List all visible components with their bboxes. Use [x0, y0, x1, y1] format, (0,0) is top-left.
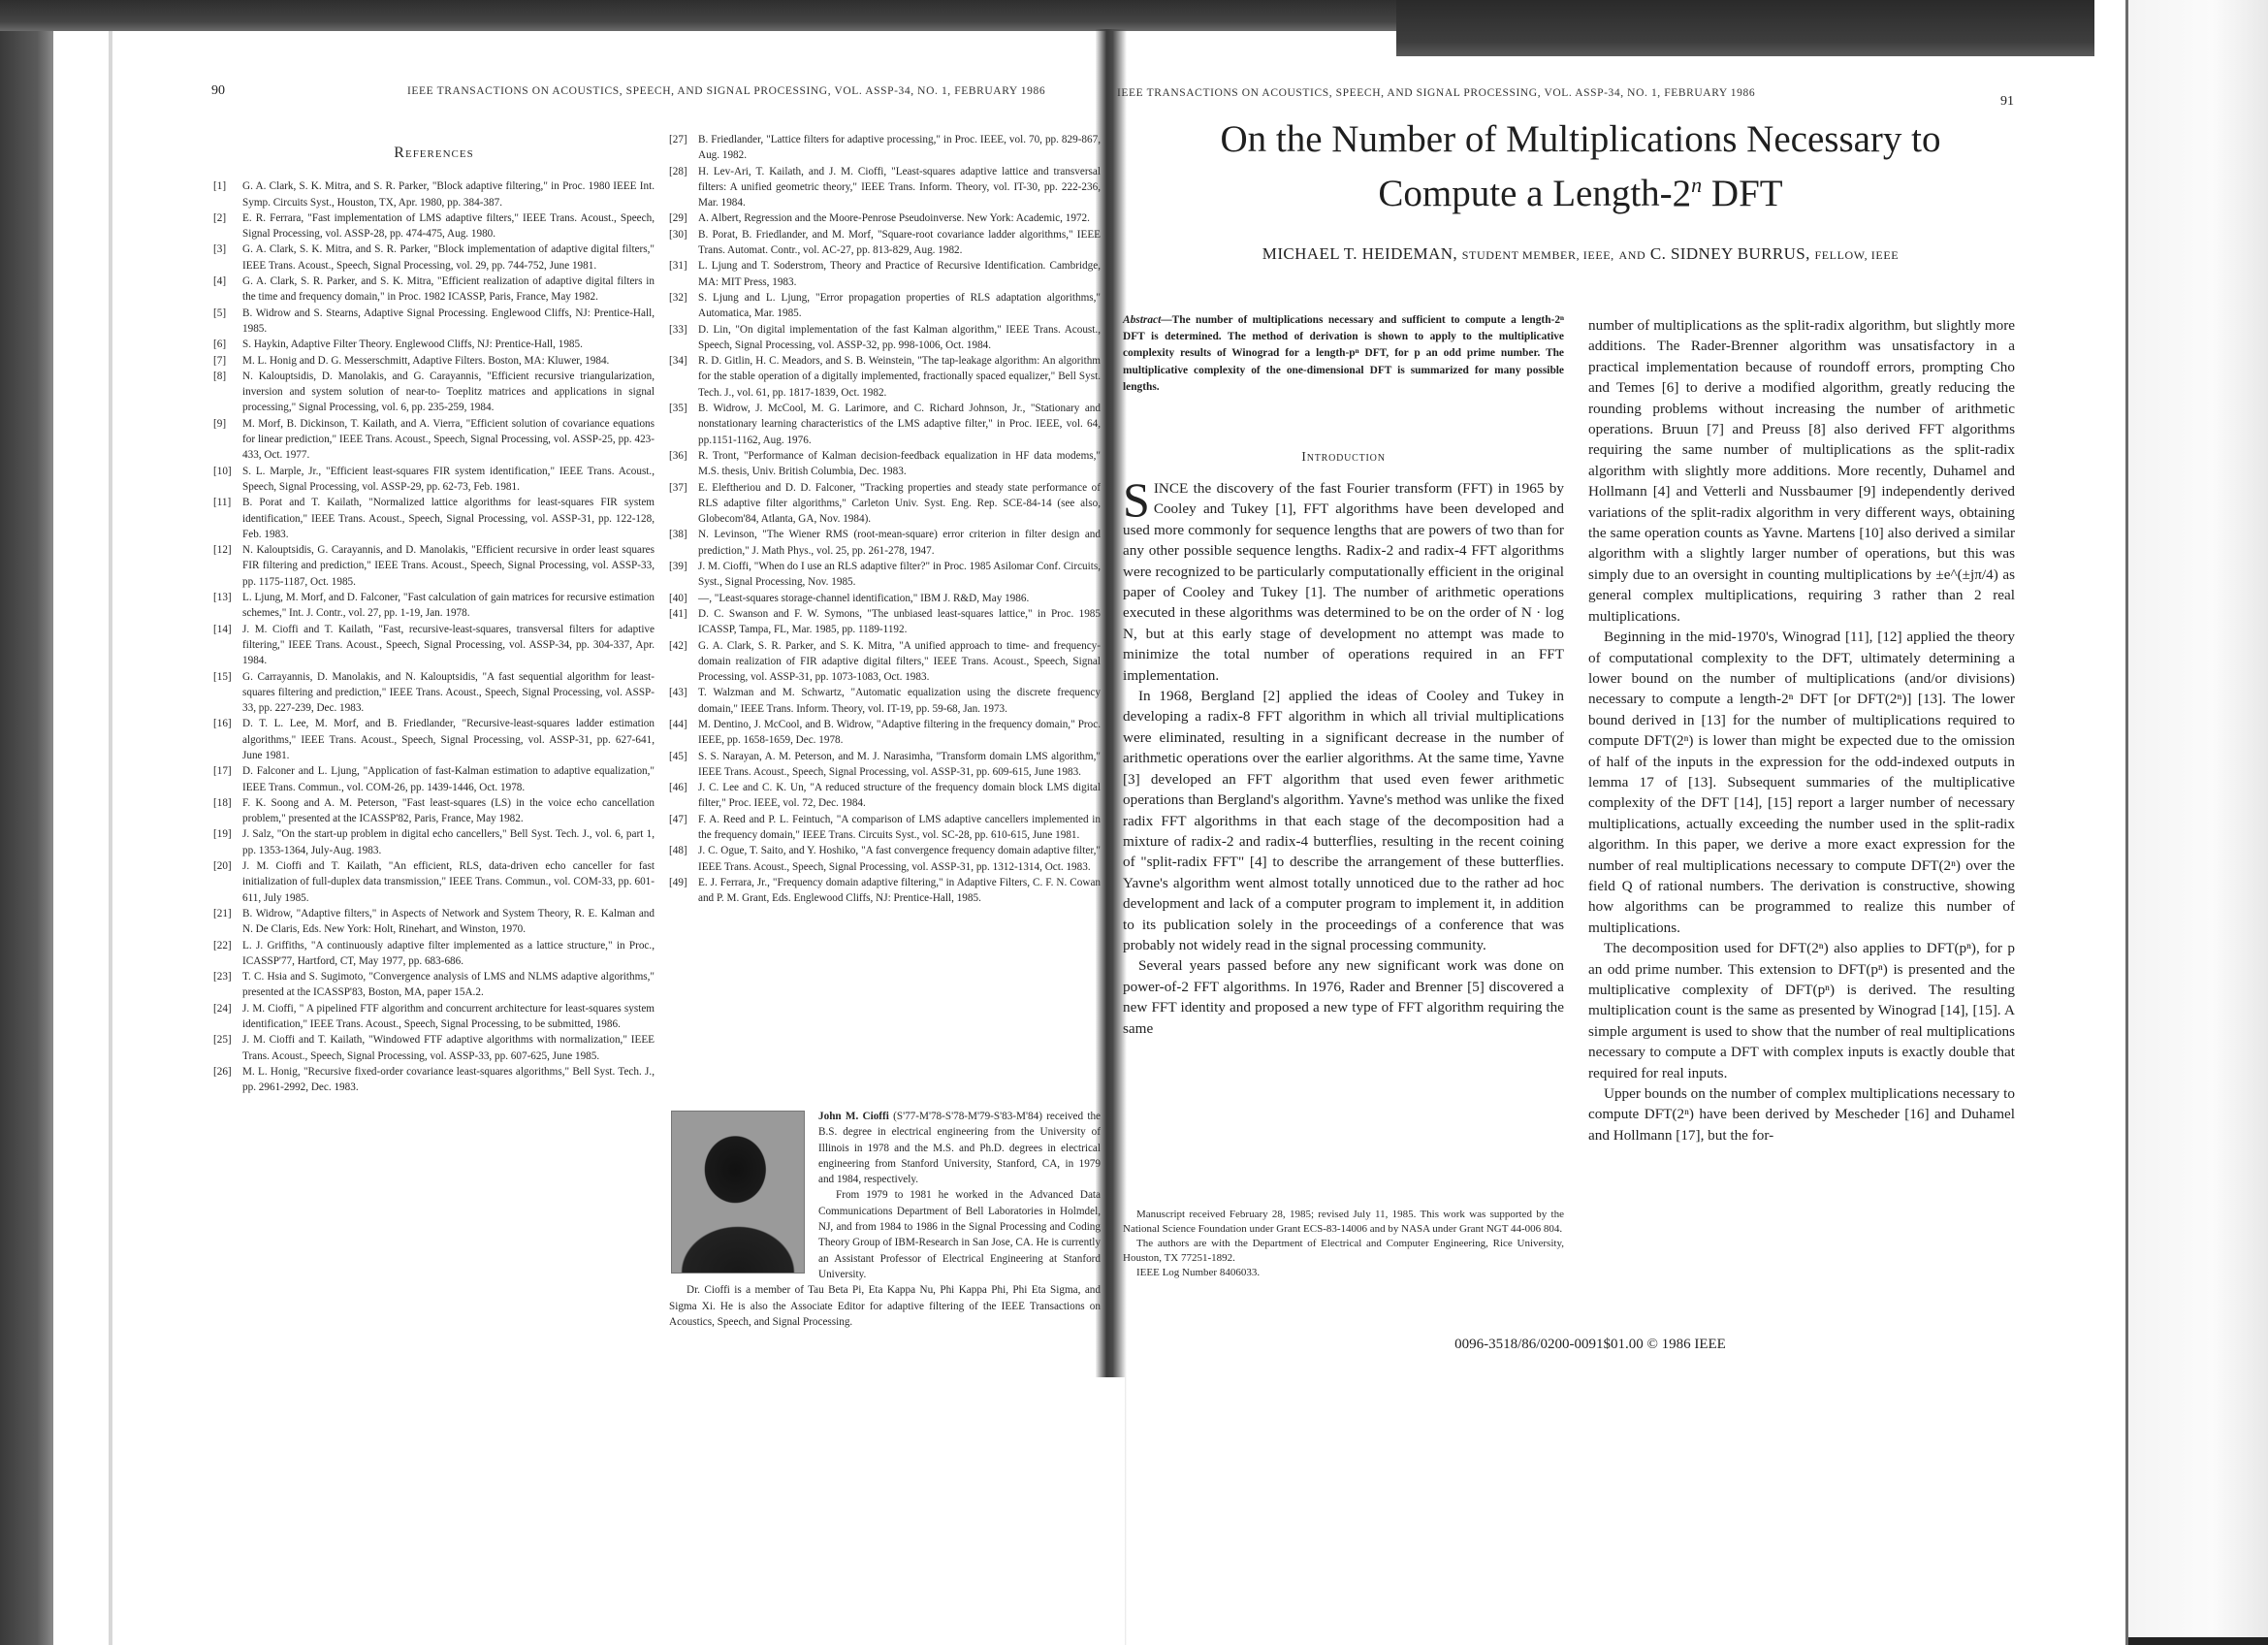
reference-item: [3]G. A. Clark, S. K. Mitra, and S. R. P…: [213, 242, 655, 274]
reference-text: L. Ljung and T. Soderstrom, Theory and P…: [698, 258, 1101, 290]
reference-item: [34]R. D. Gitlin, H. C. Meadors, and S. …: [669, 353, 1101, 401]
copyright-line: 0096-3518/86/0200-0091$01.00 © 1986 IEEE: [1387, 1337, 1794, 1353]
right-page-number: 91: [2000, 94, 2014, 110]
reference-item: [17]D. Falconer and L. Ljung, "Applicati…: [213, 763, 655, 795]
author-biography: John M. Cioffi (S'77-M'78-S'78-M'79-S'83…: [669, 1109, 1101, 1330]
reference-text: B. Friedlander, "Lattice filters for ada…: [698, 132, 1101, 164]
reference-number: [40]: [669, 591, 687, 606]
reference-number: [26]: [213, 1064, 232, 1080]
author-photo: [671, 1111, 805, 1274]
reference-item: [5]B. Widrow and S. Stearns, Adaptive Si…: [213, 306, 655, 338]
reference-text: F. K. Soong and A. M. Peterson, "Fast le…: [242, 795, 655, 827]
reference-number: [41]: [669, 606, 687, 622]
reference-number: [38]: [669, 527, 687, 542]
references-list-2: [27]B. Friedlander, "Lattice filters for…: [669, 132, 1101, 907]
reference-number: [36]: [669, 448, 687, 464]
reference-number: [23]: [213, 969, 232, 984]
reference-number: [18]: [213, 795, 232, 811]
reference-item: [12]N. Kalouptsidis, G. Carayannis, and …: [213, 542, 655, 590]
footnote-manuscript: Manuscript received February 28, 1985; r…: [1123, 1208, 1564, 1237]
reference-text: D. Lin, "On digital implementation of th…: [698, 322, 1101, 354]
reference-number: [42]: [669, 638, 687, 654]
reference-number: [35]: [669, 401, 687, 416]
reference-text: A. Albert, Regression and the Moore-Penr…: [698, 210, 1101, 226]
reference-number: [2]: [213, 210, 226, 226]
reference-text: B. Porat and T. Kailath, "Normalized lat…: [242, 495, 655, 542]
reference-item: [47]F. A. Reed and P. L. Feintuch, "A co…: [669, 812, 1101, 844]
reference-text: N. Levinson, "The Wiener RMS (root-mean-…: [698, 527, 1101, 559]
reference-text: B. Widrow, "Adaptive filters," in Aspect…: [242, 906, 655, 938]
reference-item: [38]N. Levinson, "The Wiener RMS (root-m…: [669, 527, 1101, 559]
reference-text: T. Walzman and M. Schwartz, "Automatic e…: [698, 685, 1101, 717]
reference-text: M. L. Honig, "Recursive fixed-order cova…: [242, 1064, 655, 1096]
reference-item: [7]M. L. Honig and D. G. Messerschmitt, …: [213, 353, 655, 369]
scan-fold-line: [109, 27, 112, 1645]
reference-item: [45]S. S. Narayan, A. M. Peterson, and M…: [669, 749, 1101, 781]
reference-item: [22]L. J. Griffiths, "A continuously ada…: [213, 938, 655, 970]
reference-number: [28]: [669, 164, 687, 179]
reference-text: G. A. Clark, S. K. Mitra, and S. R. Park…: [242, 242, 655, 274]
reference-item: [42]G. A. Clark, S. R. Parker, and S. K.…: [669, 638, 1101, 686]
bio-membership: (S'77-M'78-S'78-M'79-S'83-M'84): [893, 1111, 1042, 1122]
reference-item: [23]T. C. Hsia and S. Sugimoto, "Converg…: [213, 969, 655, 1001]
references-heading: References: [213, 145, 655, 161]
reference-number: [49]: [669, 875, 687, 890]
references-column-2: [27]B. Friedlander, "Lattice filters for…: [669, 132, 1101, 907]
reference-text: R. Tront, "Performance of Kalman decisio…: [698, 448, 1101, 480]
reference-number: [3]: [213, 242, 226, 257]
author-1-affiliation: STUDENT MEMBER, IEEE,: [1462, 248, 1614, 262]
reference-text: G. A. Clark, S. R. Parker, and S. K. Mit…: [242, 274, 655, 306]
reference-item: [46]J. C. Lee and C. K. Un, "A reduced s…: [669, 780, 1101, 812]
reference-item: [1]G. A. Clark, S. K. Mitra, and S. R. P…: [213, 178, 655, 210]
reference-text: —, "Least-squares storage-channel identi…: [698, 591, 1101, 606]
reference-text: J. M. Cioffi and T. Kailath, "An efficie…: [242, 858, 655, 906]
body-paragraph: Upper bounds on the number of complex mu…: [1588, 1083, 2015, 1145]
reference-text: M. Morf, B. Dickinson, T. Kailath, and A…: [242, 416, 655, 464]
reference-text: J. M. Cioffi and T. Kailath, "Fast, recu…: [242, 622, 655, 669]
reference-text: D. T. L. Lee, M. Morf, and B. Friedlande…: [242, 716, 655, 763]
reference-item: [10]S. L. Marple, Jr., "Efficient least-…: [213, 464, 655, 496]
reference-text: D. C. Swanson and F. W. Symons, "The unb…: [698, 606, 1101, 638]
scan-top-shadow-right: [1396, 0, 2094, 56]
reference-text: B. Widrow and S. Stearns, Adaptive Signa…: [242, 306, 655, 338]
reference-text: L. Ljung, M. Morf, and D. Falconer, "Fas…: [242, 590, 655, 622]
reference-text: D. Falconer and L. Ljung, "Application o…: [242, 763, 655, 795]
reference-text: E. Eleftheriou and D. D. Falconer, "Trac…: [698, 480, 1101, 528]
reference-item: [27]B. Friedlander, "Lattice filters for…: [669, 132, 1101, 164]
reference-number: [29]: [669, 210, 687, 226]
reference-item: [30]B. Porat, B. Friedlander, and M. Mor…: [669, 227, 1101, 259]
gutter-lower-blank: [1096, 1377, 1125, 1645]
author-2-affiliation: FELLOW, IEEE: [1814, 248, 1899, 262]
reference-text: J. C. Ogue, T. Saito, and Y. Hoshiko, "A…: [698, 843, 1101, 875]
reference-number: [30]: [669, 227, 687, 242]
author-1: MICHAEL T. HEIDEMAN,: [1262, 244, 1457, 263]
reference-item: [21]B. Widrow, "Adaptive filters," in As…: [213, 906, 655, 938]
footnote-log-number: IEEE Log Number 8406033.: [1123, 1266, 1564, 1280]
reference-text: H. Lev-Ari, T. Kailath, and J. M. Cioffi…: [698, 164, 1101, 211]
left-running-head: IEEE TRANSACTIONS ON ACOUSTICS, SPEECH, …: [407, 85, 1045, 97]
reference-number: [43]: [669, 685, 687, 700]
reference-number: [31]: [669, 258, 687, 274]
reference-text: M. L. Honig and D. G. Messerschmitt, Ada…: [242, 353, 655, 369]
reference-text: N. Kalouptsidis, G. Carayannis, and D. M…: [242, 542, 655, 590]
reference-text: S. L. Marple, Jr., "Efficient least-squa…: [242, 464, 655, 496]
reference-number: [27]: [669, 132, 687, 147]
reference-number: [39]: [669, 559, 687, 574]
body-paragraph: Beginning in the mid-1970's, Winograd [1…: [1588, 627, 2015, 938]
body-column-1: SINCE the discovery of the fast Fourier …: [1123, 478, 1564, 1039]
reference-number: [48]: [669, 843, 687, 858]
reference-number: [44]: [669, 717, 687, 732]
reference-number: [13]: [213, 590, 232, 605]
reference-item: [26]M. L. Honig, "Recursive fixed-order …: [213, 1064, 655, 1096]
reference-item: [6]S. Haykin, Adaptive Filter Theory. En…: [213, 337, 655, 352]
reference-item: [33]D. Lin, "On digital implementation o…: [669, 322, 1101, 354]
reference-item: [36]R. Tront, "Performance of Kalman dec…: [669, 448, 1101, 480]
reference-number: [15]: [213, 669, 232, 685]
reference-item: [40]—, "Least-squares storage-channel id…: [669, 591, 1101, 606]
abstract: Abstract—The number of multiplications n…: [1123, 312, 1564, 396]
reference-item: [48]J. C. Ogue, T. Saito, and Y. Hoshiko…: [669, 843, 1101, 875]
reference-item: [13]L. Ljung, M. Morf, and D. Falconer, …: [213, 590, 655, 622]
reference-number: [25]: [213, 1032, 232, 1048]
reference-text: L. J. Griffiths, "A continuously adaptiv…: [242, 938, 655, 970]
reference-item: [41]D. C. Swanson and F. W. Symons, "The…: [669, 606, 1101, 638]
reference-text: B. Porat, B. Friedlander, and M. Morf, "…: [698, 227, 1101, 259]
reference-number: [32]: [669, 290, 687, 306]
author-conjunction: AND: [1618, 248, 1645, 262]
left-page-number: 90: [211, 83, 225, 99]
reference-text: F. A. Reed and P. L. Feintuch, "A compar…: [698, 812, 1101, 844]
scan-outside-area: [2128, 0, 2268, 1645]
reference-number: [7]: [213, 353, 226, 369]
reference-item: [4]G. A. Clark, S. R. Parker, and S. K. …: [213, 274, 655, 306]
paper-title: On the Number of Multiplications Necessa…: [1139, 116, 2022, 216]
footnote-affiliation: The authors are with the Department of E…: [1123, 1237, 1564, 1266]
reference-number: [10]: [213, 464, 232, 479]
body-paragraph: Several years passed before any new sign…: [1123, 955, 1564, 1039]
reference-number: [17]: [213, 763, 232, 779]
reference-item: [32]S. Ljung and L. Ljung, "Error propag…: [669, 290, 1101, 322]
reference-number: [33]: [669, 322, 687, 338]
reference-item: [2]E. R. Ferrara, "Fast implementation o…: [213, 210, 655, 242]
reference-item: [20]J. M. Cioffi and T. Kailath, "An eff…: [213, 858, 655, 906]
reference-number: [45]: [669, 749, 687, 764]
reference-number: [24]: [213, 1001, 232, 1016]
reference-item: [16]D. T. L. Lee, M. Morf, and B. Friedl…: [213, 716, 655, 763]
reference-number: [14]: [213, 622, 232, 637]
reference-number: [6]: [213, 337, 226, 352]
reference-item: [14]J. M. Cioffi and T. Kailath, "Fast, …: [213, 622, 655, 669]
reference-item: [9]M. Morf, B. Dickinson, T. Kailath, an…: [213, 416, 655, 464]
abstract-label: Abstract: [1123, 314, 1161, 326]
references-list-1: [1]G. A. Clark, S. K. Mitra, and S. R. P…: [213, 178, 655, 1095]
reference-number: [20]: [213, 858, 232, 874]
reference-text: N. Kalouptsidis, D. Manolakis, and G. Ca…: [242, 369, 655, 416]
reference-number: [19]: [213, 826, 232, 842]
reference-item: [28]H. Lev-Ari, T. Kailath, and J. M. Ci…: [669, 164, 1101, 211]
body-column-2: number of multiplications as the split-r…: [1588, 315, 2015, 1145]
reference-number: [12]: [213, 542, 232, 558]
bio-name: John M. Cioffi: [818, 1111, 889, 1122]
reference-item: [11]B. Porat and T. Kailath, "Normalized…: [213, 495, 655, 542]
reference-text: B. Widrow, J. McCool, M. G. Larimore, an…: [698, 401, 1101, 448]
footnotes: Manuscript received February 28, 1985; r…: [1123, 1208, 1564, 1280]
bio-para3: Dr. Cioffi is a member of Tau Beta Pi, E…: [669, 1282, 1101, 1330]
reference-number: [47]: [669, 812, 687, 827]
reference-number: [16]: [213, 716, 232, 731]
reference-text: T. C. Hsia and S. Sugimoto, "Convergence…: [242, 969, 655, 1001]
reference-text: J. M. Cioffi and T. Kailath, "Windowed F…: [242, 1032, 655, 1064]
reference-number: [34]: [669, 353, 687, 369]
reference-number: [22]: [213, 938, 232, 953]
reference-item: [15]G. Carrayannis, D. Manolakis, and N.…: [213, 669, 655, 717]
reference-item: [35]B. Widrow, J. McCool, M. G. Larimore…: [669, 401, 1101, 448]
reference-number: [37]: [669, 480, 687, 496]
reference-number: [21]: [213, 906, 232, 921]
reference-item: [29]A. Albert, Regression and the Moore-…: [669, 210, 1101, 226]
drop-cap: S: [1123, 480, 1150, 519]
reference-text: J. M. Cioffi, "When do I use an RLS adap…: [698, 559, 1101, 591]
body-paragraph: SINCE the discovery of the fast Fourier …: [1123, 478, 1564, 686]
page-edge: [2125, 0, 2128, 1645]
reference-text: S. S. Narayan, A. M. Peterson, and M. J.…: [698, 749, 1101, 781]
reference-text: S. Haykin, Adaptive Filter Theory. Engle…: [242, 337, 655, 352]
reference-text: E. J. Ferrara, Jr., "Frequency domain ad…: [698, 875, 1101, 907]
right-running-head: IEEE TRANSACTIONS ON ACOUSTICS, SPEECH, …: [1117, 87, 1755, 99]
reference-item: [37]E. Eleftheriou and D. D. Falconer, "…: [669, 480, 1101, 528]
reference-item: [19]J. Salz, "On the start-up problem in…: [213, 826, 655, 858]
reference-item: [31]L. Ljung and T. Soderstrom, Theory a…: [669, 258, 1101, 290]
title-line-2: Compute a Length-2n DFT: [1139, 162, 2022, 216]
body-paragraph: In 1968, Bergland [2] applied the ideas …: [1123, 686, 1564, 955]
abstract-text: —The number of multiplications necessary…: [1123, 314, 1564, 393]
reference-item: [18]F. K. Soong and A. M. Peterson, "Fas…: [213, 795, 655, 827]
reference-number: [5]: [213, 306, 226, 321]
references-column-1: References [1]G. A. Clark, S. K. Mitra, …: [213, 145, 655, 1096]
reference-number: [1]: [213, 178, 226, 194]
reference-item: [39]J. M. Cioffi, "When do I use an RLS …: [669, 559, 1101, 591]
scan-edge-shadow: [0, 0, 53, 1645]
body-paragraph: The decomposition used for DFT(2ⁿ) also …: [1588, 938, 2015, 1083]
reference-item: [24]J. M. Cioffi, " A pipelined FTF algo…: [213, 1001, 655, 1033]
reference-text: G. Carrayannis, D. Manolakis, and N. Kal…: [242, 669, 655, 717]
introduction-heading: Introduction: [1123, 450, 1564, 466]
reference-number: [9]: [213, 416, 226, 432]
reference-text: J. Salz, "On the start-up problem in dig…: [242, 826, 655, 858]
reference-text: R. D. Gitlin, H. C. Meadors, and S. B. W…: [698, 353, 1101, 401]
reference-text: E. R. Ferrara, "Fast implementation of L…: [242, 210, 655, 242]
reference-number: [46]: [669, 780, 687, 795]
body-paragraph: number of multiplications as the split-r…: [1588, 315, 2015, 627]
reference-item: [8]N. Kalouptsidis, D. Manolakis, and G.…: [213, 369, 655, 416]
reference-text: S. Ljung and L. Ljung, "Error propagatio…: [698, 290, 1101, 322]
reference-item: [25]J. M. Cioffi and T. Kailath, "Window…: [213, 1032, 655, 1064]
reference-number: [11]: [213, 495, 231, 510]
reference-text: J. M. Cioffi, " A pipelined FTF algorith…: [242, 1001, 655, 1033]
scan-bottom-shadow: [2128, 1637, 2268, 1645]
title-line-1: On the Number of Multiplications Necessa…: [1139, 116, 2022, 162]
reference-text: J. C. Lee and C. K. Un, "A reduced struc…: [698, 780, 1101, 812]
reference-item: [44]M. Dentino, J. McCool, and B. Widrow…: [669, 717, 1101, 749]
reference-number: [4]: [213, 274, 226, 289]
reference-text: G. A. Clark, S. R. Parker, and S. K. Mit…: [698, 638, 1101, 686]
reference-item: [49]E. J. Ferrara, Jr., "Frequency domai…: [669, 875, 1101, 907]
reference-item: [43]T. Walzman and M. Schwartz, "Automat…: [669, 685, 1101, 717]
author-2: C. SIDNEY BURRUS,: [1650, 244, 1810, 263]
reference-number: [8]: [213, 369, 226, 384]
reference-text: G. A. Clark, S. K. Mitra, and S. R. Park…: [242, 178, 655, 210]
paper-authors: MICHAEL T. HEIDEMAN, STUDENT MEMBER, IEE…: [1139, 244, 2022, 264]
reference-text: M. Dentino, J. McCool, and B. Widrow, "A…: [698, 717, 1101, 749]
